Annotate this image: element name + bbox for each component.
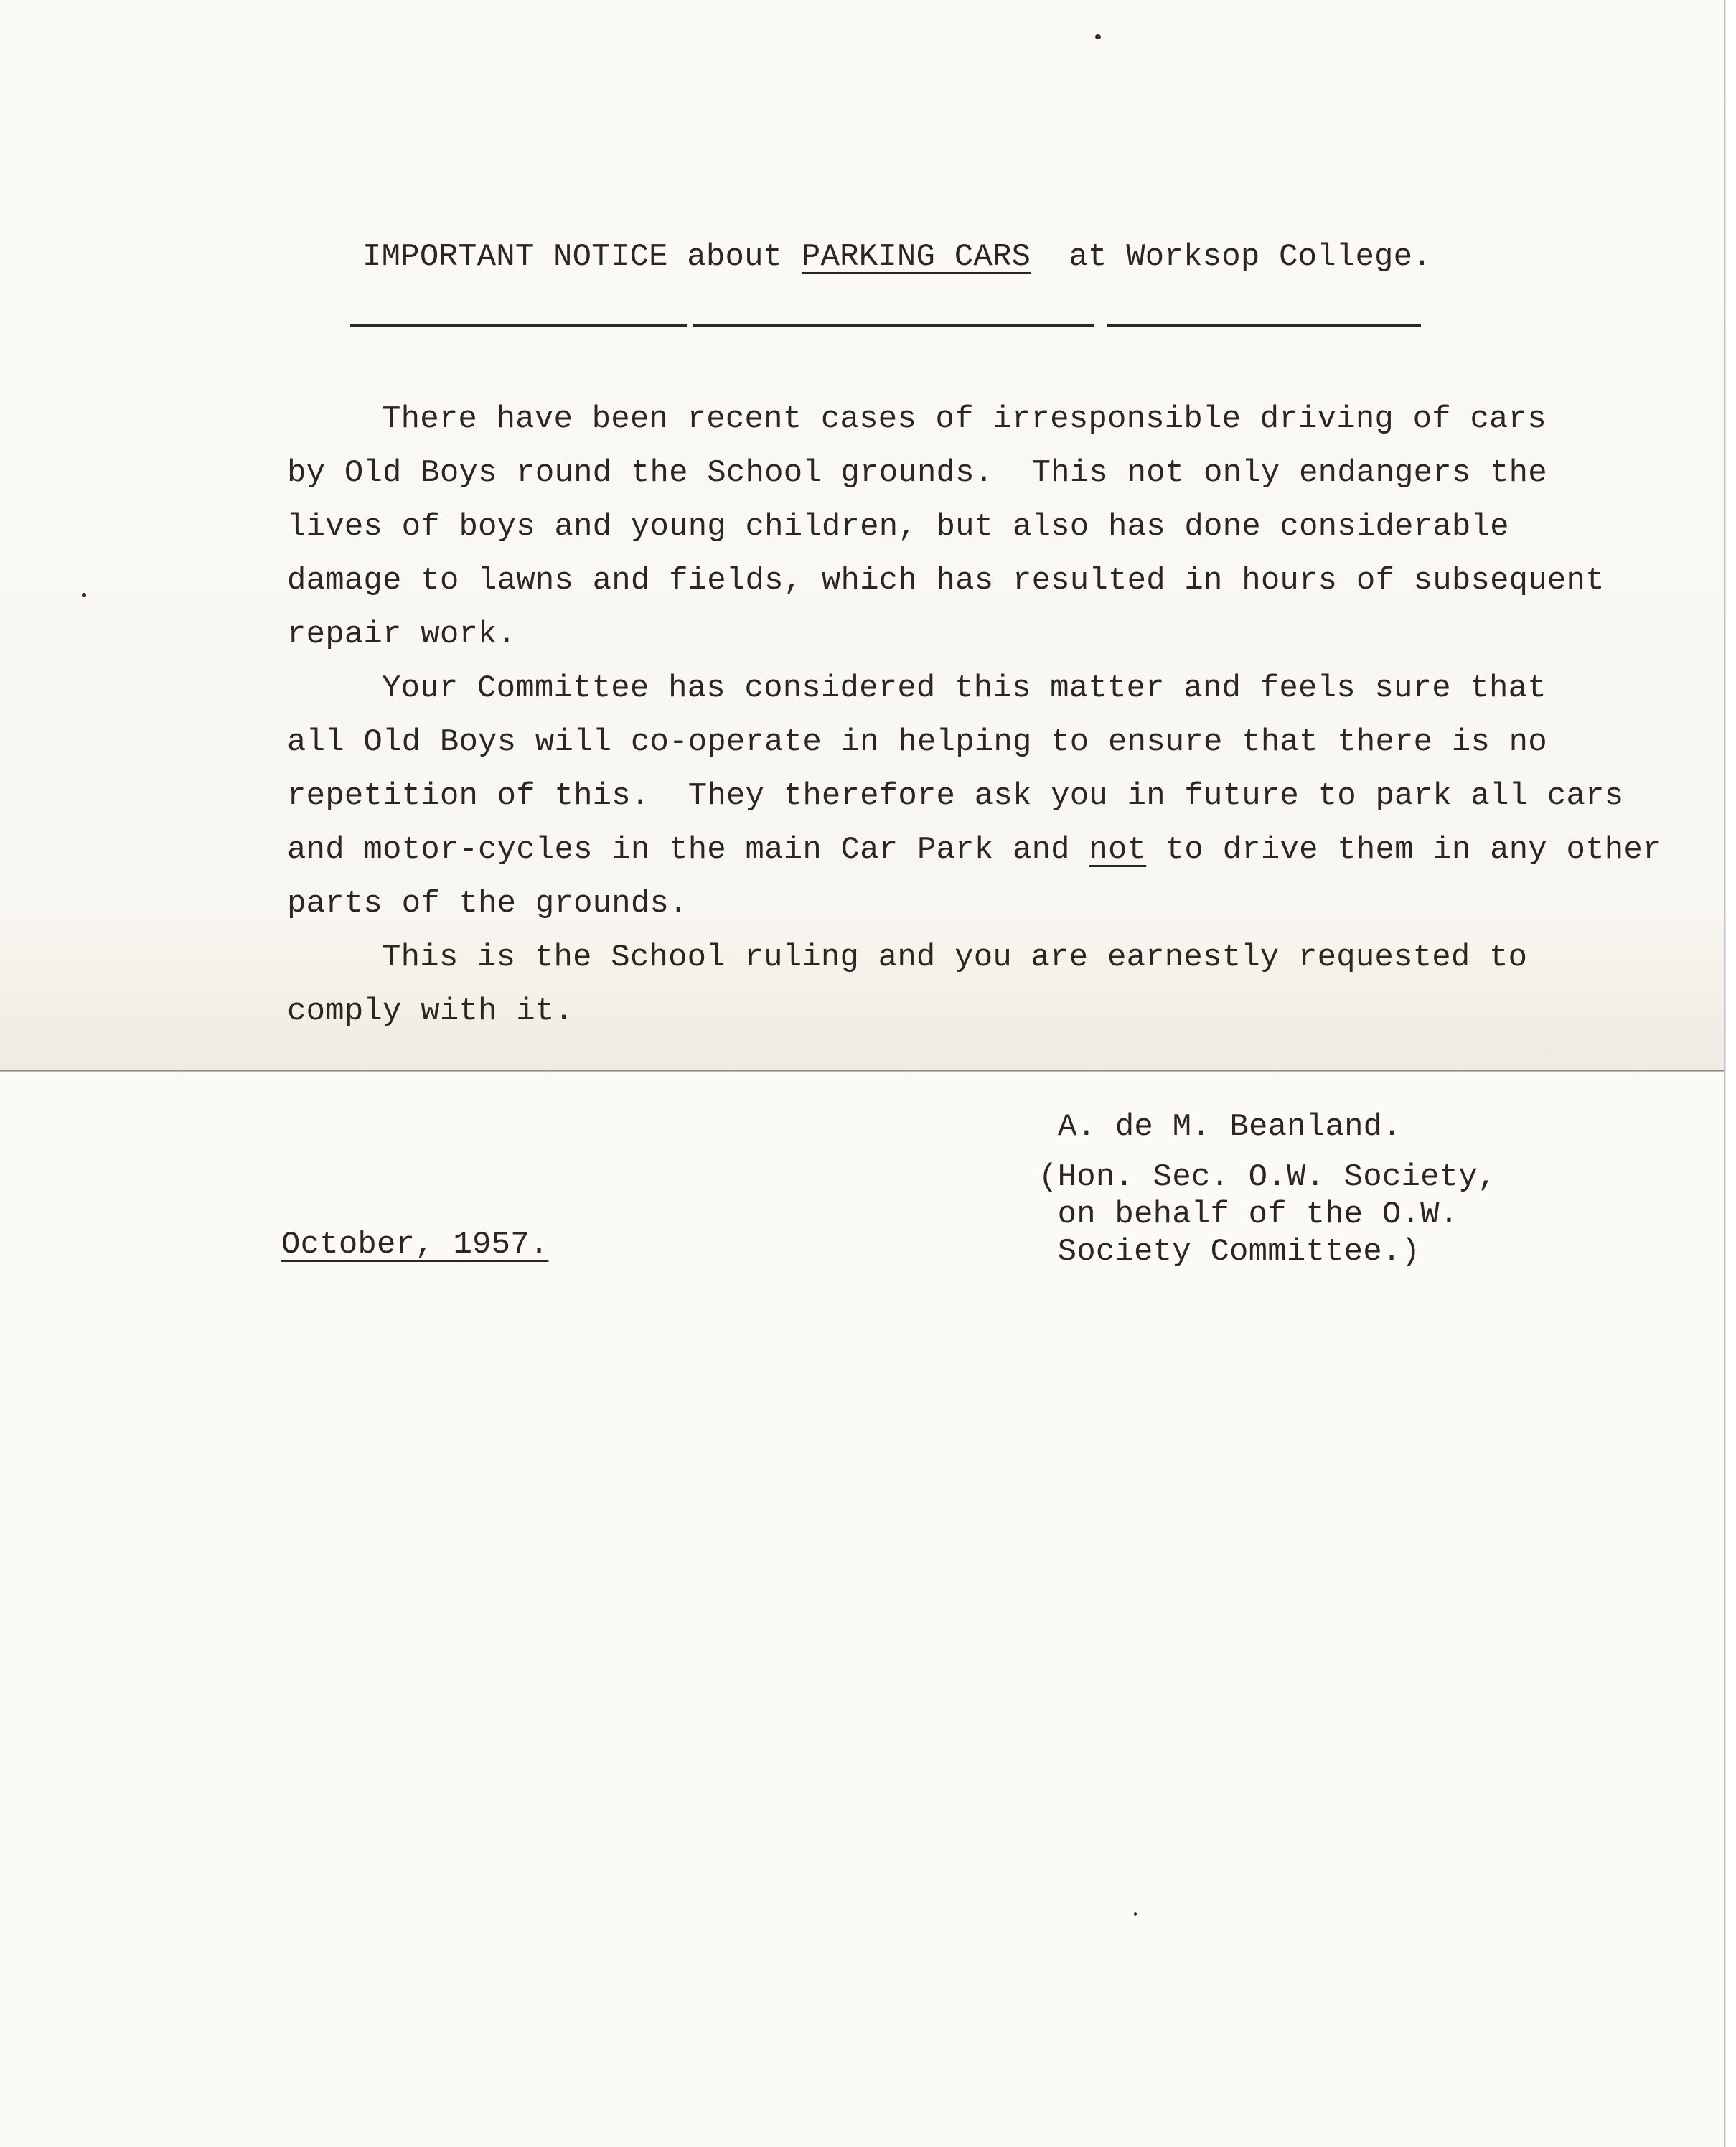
- heading-separator-rule: [693, 324, 1094, 327]
- body-line: There have been recent cases of irrespon…: [382, 403, 1547, 435]
- body-line: damage to lawns and fields, which has re…: [287, 565, 1605, 597]
- heading-separator-rule: [350, 324, 687, 327]
- heading-separator-rule: [1107, 324, 1421, 327]
- fold-crease: [0, 1070, 1724, 1072]
- body-line: parts of the grounds.: [287, 888, 688, 920]
- heading-suffix: at Worksop College.: [1031, 239, 1432, 275]
- signatory-title-line: Society Committee.): [1038, 1236, 1420, 1268]
- body-line: Your Committee has considered this matte…: [382, 673, 1547, 704]
- notice-heading: IMPORTANT NOTICE about PARKING CARS at W…: [362, 241, 1432, 273]
- body-line-with-emphasis: and motor-cycles in the main Car Park an…: [287, 834, 1662, 866]
- signatory-title-line: (Hon. Sec. O.W. Society,: [1038, 1161, 1497, 1193]
- body-line: lives of boys and young children, but al…: [287, 511, 1509, 543]
- body-line: all Old Boys will co-operate in helping …: [287, 726, 1547, 758]
- emphasis-word: not: [1089, 832, 1146, 868]
- paper-speck: [1134, 1912, 1137, 1916]
- body-line: comply with it.: [287, 996, 573, 1027]
- heading-underlined-subject: PARKING CARS: [802, 239, 1031, 275]
- body-line: repair work.: [287, 619, 516, 650]
- paper-speck: [1095, 34, 1101, 39]
- signatory-name: A. de M. Beanland.: [1058, 1111, 1402, 1143]
- emphasis-before: and motor-cycles in the main Car Park an…: [287, 832, 1089, 868]
- signatory-title-line: on behalf of the O.W.: [1038, 1199, 1458, 1230]
- body-line: This is the School ruling and you are ea…: [382, 942, 1527, 973]
- body-line: by Old Boys round the School grounds. Th…: [287, 457, 1547, 489]
- heading-prefix: IMPORTANT NOTICE about: [362, 239, 802, 275]
- paper-speck: [82, 593, 86, 597]
- body-line: repetition of this. They therefore ask y…: [287, 780, 1623, 812]
- notice-date: October, 1957.: [281, 1229, 548, 1260]
- emphasis-after: to drive them in any other: [1146, 832, 1661, 868]
- paper-right-edge: [1724, 0, 1726, 2147]
